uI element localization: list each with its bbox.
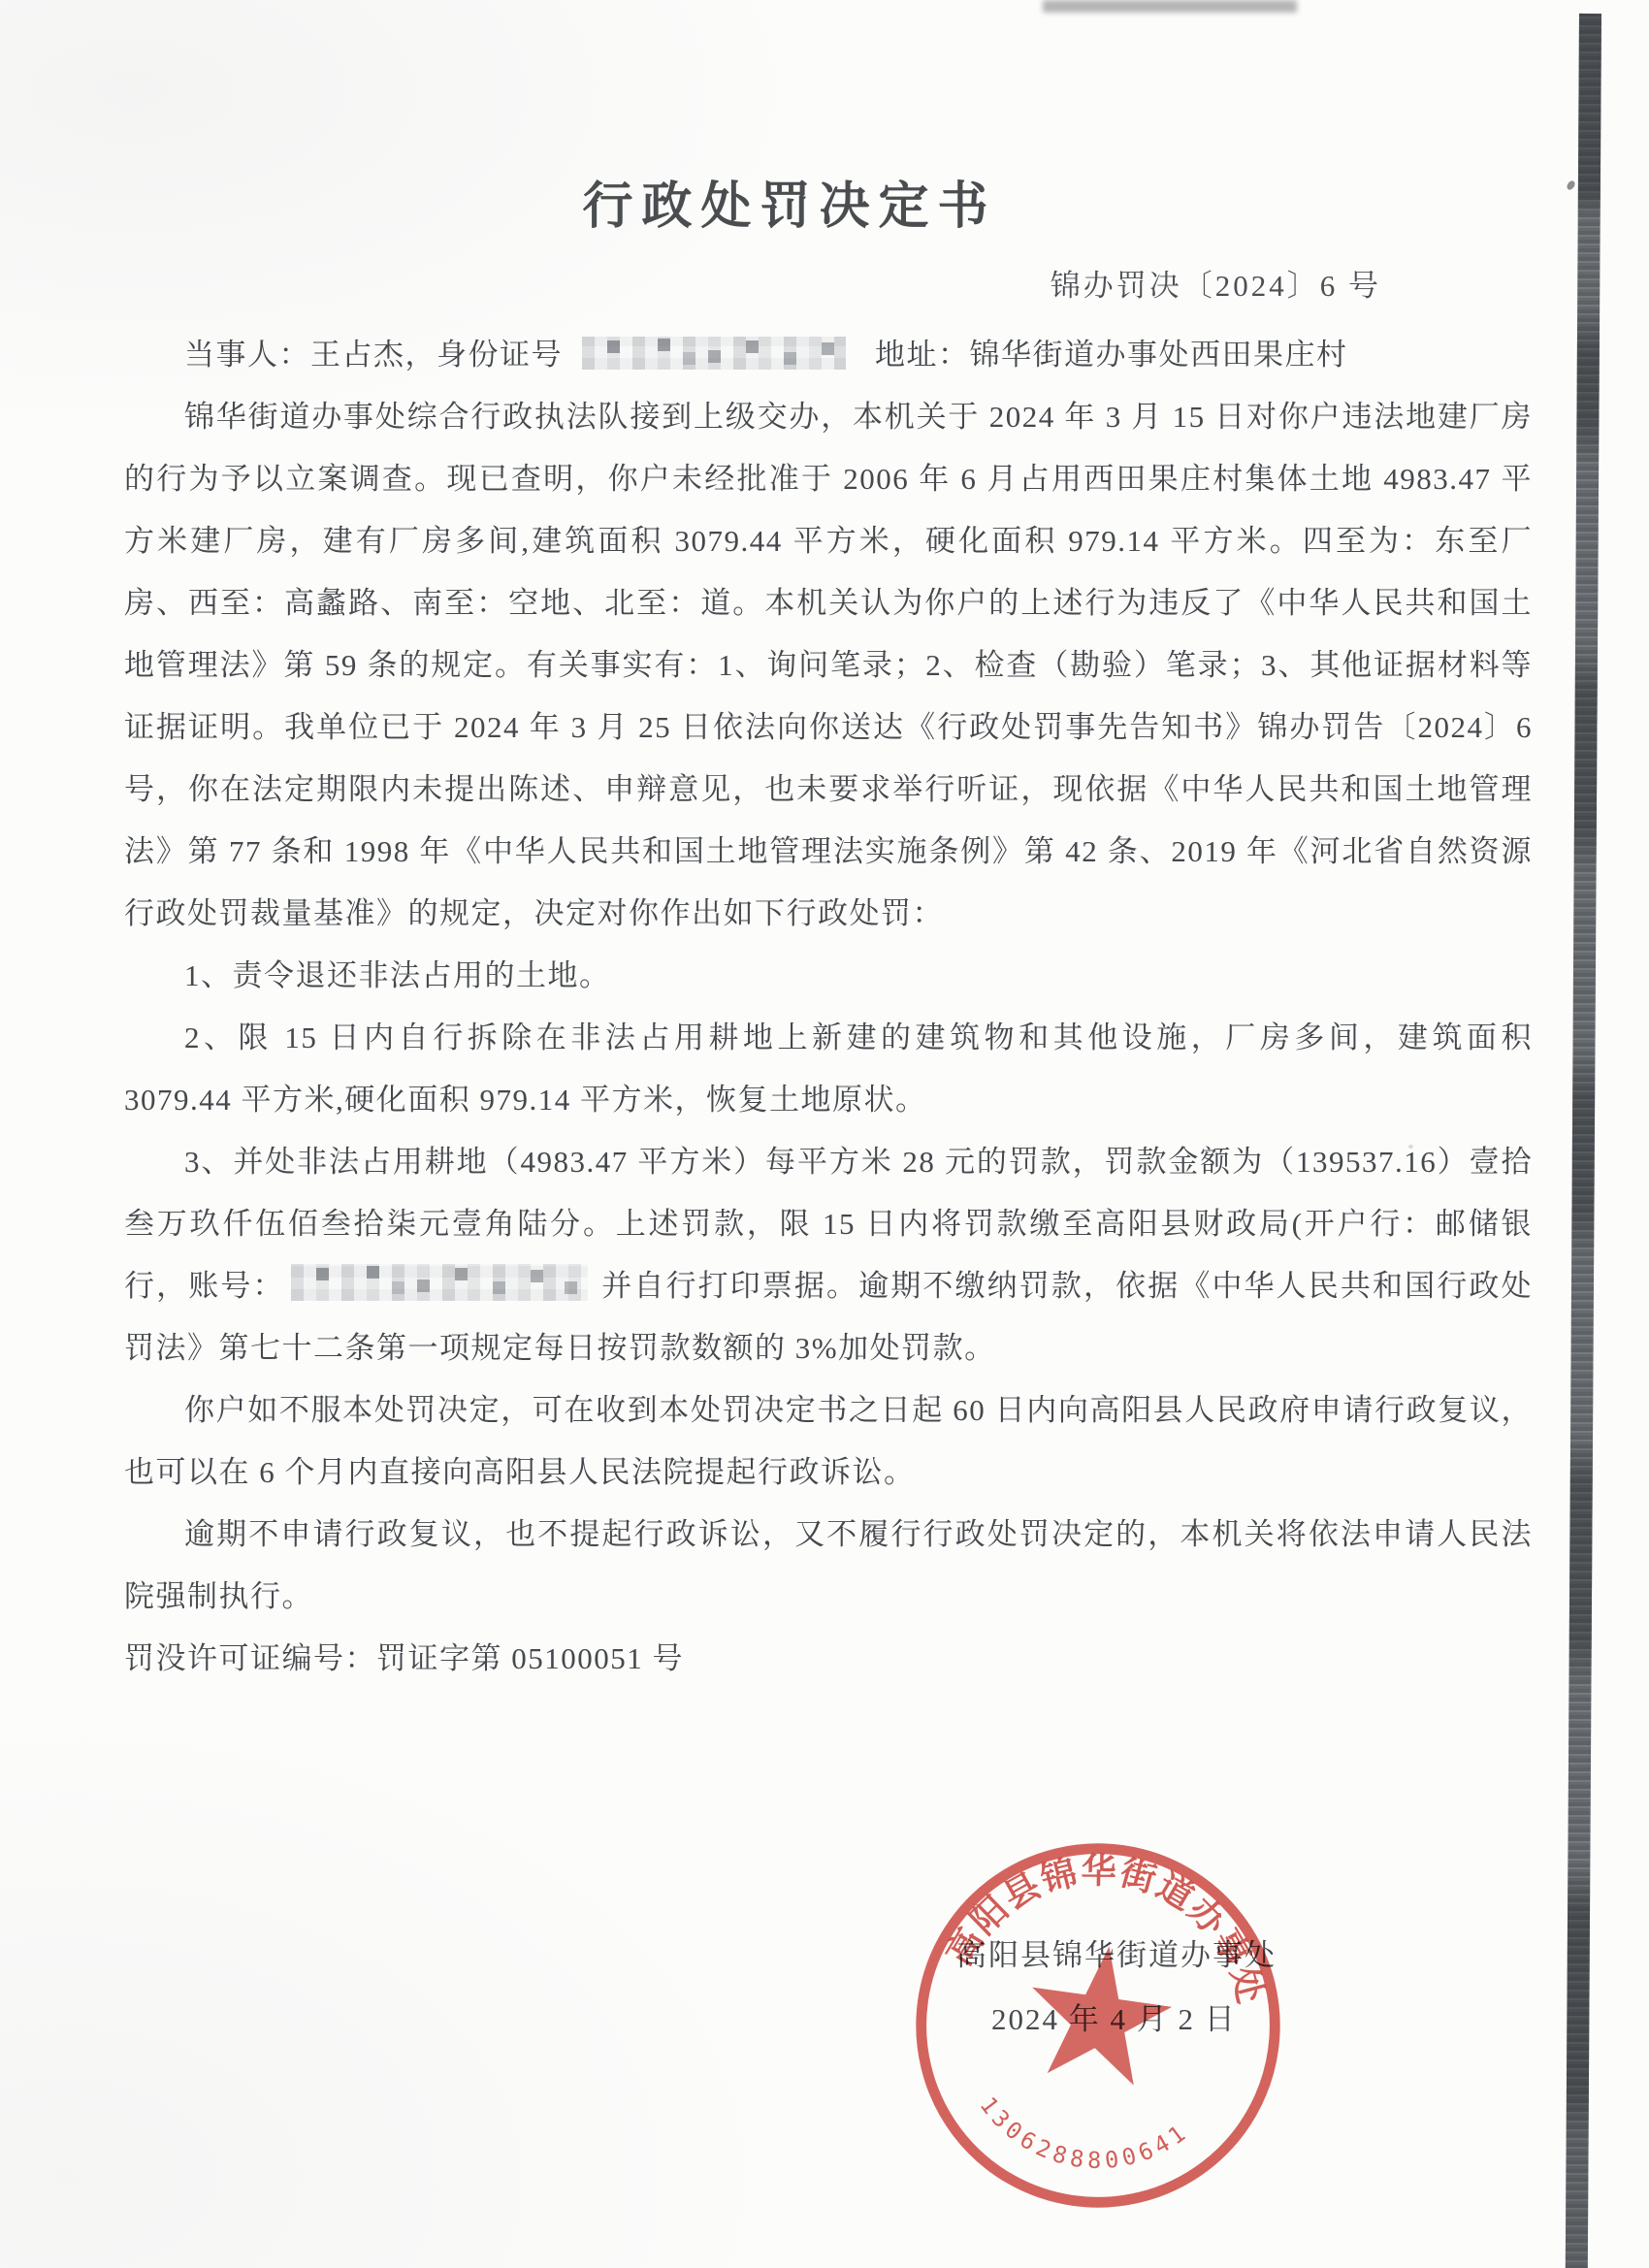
seal-code-text: 1306288800641: [968, 2090, 1197, 2188]
document-number: 锦办罚决〔2024〕6 号: [124, 261, 1533, 305]
scan-speck: [1566, 179, 1576, 191]
scanner-edge-artifact: [1566, 14, 1601, 2268]
penalty-license-line: 罚没许可证编号：罚证字第 05100051 号: [124, 1628, 1533, 1690]
appeal-rights-paragraph: 你户如不服本处罚决定，可在收到本处罚决定书之日起 60 日内向高阳县人民政府申请…: [124, 1379, 1533, 1504]
facts-paragraph: 锦华街道办事处综合行政执法队接到上级交办，本机关于 2024 年 3 月 15 …: [124, 386, 1533, 945]
seal-arc-text: 高阳县锦华街道办事处: [937, 1829, 1287, 2014]
party-paragraph: 当事人：王占杰，身份证号地址：锦华街道办事处西田果庄村: [124, 324, 1533, 386]
party-address: 地址：锦华街道办事处西田果庄村: [875, 338, 1348, 372]
penalty-item-2: 2、限 15 日内自行拆除在非法占用耕地上新建的建筑物和其他设施，厂房多间，建筑…: [124, 1007, 1533, 1131]
document-content: 行政处罚决定书 锦办罚决〔2024〕6 号 当事人：王占杰，身份证号地址：锦华街…: [124, 165, 1533, 1690]
signature-date: 2024 年 4 月 2 日: [991, 1994, 1237, 2038]
penalty-item-3: 3、并处非法占用耕地（4983.47 平方米）每平方米 28 元的罚款，罚款金额…: [124, 1131, 1533, 1379]
enforcement-paragraph: 逾期不申请行政复议，也不提起行政诉讼，又不履行行政处罚决定的，本机关将依法申请人…: [124, 1504, 1533, 1628]
id-number-redaction-mosaic: [582, 337, 846, 370]
scanned-document-page: 行政处罚决定书 锦办罚决〔2024〕6 号 当事人：王占杰，身份证号地址：锦华街…: [0, 0, 1649, 2268]
signature-org-name: 高阳县锦华街道办事处: [956, 1930, 1277, 1974]
scan-smudge: [1043, 0, 1297, 13]
penalty-item-1: 1、责令退还非法占用的土地。: [124, 945, 1533, 1007]
document-body: 当事人：王占杰，身份证号地址：锦华街道办事处西田果庄村 锦华街道办事处综合行政执…: [124, 324, 1533, 1690]
bank-account-redaction-mosaic: [291, 1264, 588, 1301]
document-title: 行政处罚决定书: [85, 165, 1494, 238]
party-info: 当事人：王占杰，身份证号: [184, 338, 563, 372]
